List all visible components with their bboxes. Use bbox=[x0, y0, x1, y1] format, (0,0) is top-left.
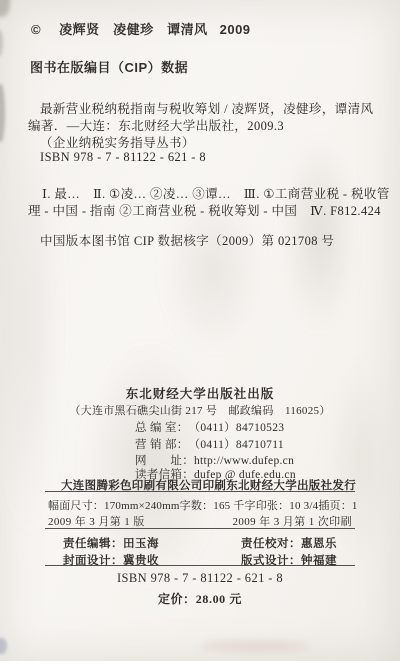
cip-entry-line2: 编著．—大连：东北财经大学出版社，2009.3 bbox=[28, 116, 284, 134]
credits-row-design: 封面设计：冀贵收 版式设计：钟福建 bbox=[45, 552, 355, 568]
scan-smudge-top-left bbox=[0, 0, 10, 17]
horizontal-rule bbox=[45, 491, 355, 492]
credit-label: 责任校对： bbox=[241, 538, 301, 550]
credit-value: 钟福建 bbox=[301, 555, 337, 567]
cip-series-title: （企业纳税实务指导丛书） bbox=[40, 133, 195, 151]
credit-label: 责任编辑： bbox=[63, 538, 123, 550]
layout-designer: 版式设计：钟福建 bbox=[241, 552, 337, 568]
print-dimensions: 幅面尺寸：170mm×240mm bbox=[48, 497, 180, 513]
copyright-symbol: © bbox=[31, 22, 41, 37]
responsible-proofreader: 责任校对：惠恩乐 bbox=[241, 535, 337, 551]
copyright-year: 2009 bbox=[220, 22, 251, 37]
scan-smudge-left-edge bbox=[0, 84, 5, 142]
scan-smudge-left-edge-2 bbox=[0, 30, 3, 56]
contact-phone: （0411）84710711 bbox=[189, 439, 284, 451]
publisher-name: 东北财经大学出版社出版 bbox=[0, 384, 400, 402]
contact-phone: （0411）84710523 bbox=[189, 422, 285, 434]
price-line: 定价：28.00 元 bbox=[0, 590, 400, 607]
edition-row: 2009 年 3 月第 1 版 2009 年 3 月第 1 次印刷 bbox=[45, 513, 355, 529]
credit-label: 封面设计： bbox=[63, 555, 123, 567]
copyright-line: ©凌辉贤 凌健珍 谭清风2009 bbox=[31, 19, 251, 38]
responsible-editor: 责任编辑：田玉海 bbox=[63, 535, 159, 551]
contact-editorial-office: 总 编 室：（0411）84710523 bbox=[135, 419, 284, 435]
cip-entry-line1: 最新营业税纳税指南与税收筹划 / 凌辉贤，凌健珍，谭清风 bbox=[40, 99, 373, 117]
cip-classification-line2: 理 - 中国 - 指南 ②工商营业税 - 税收筹划 - 中国 Ⅳ. F812.4… bbox=[28, 201, 381, 219]
credit-value: 田玉海 bbox=[123, 538, 159, 550]
contact-label: 总 编 室： bbox=[135, 419, 189, 435]
print-inserts: 插页：1 bbox=[318, 497, 357, 513]
publisher-address: （大连市黑石礁尖山街 217 号 邮政编码 116025） bbox=[0, 402, 400, 418]
contact-label: 营 销 部： bbox=[135, 436, 189, 452]
credits-row-editor: 责任编辑：田玉海 责任校对：惠恩乐 bbox=[45, 535, 355, 551]
cip-isbn: ISBN 978 - 7 - 81122 - 621 - 8 bbox=[40, 150, 206, 165]
copyright-page: ©凌辉贤 凌健珍 谭清风2009 图书在版编目（CIP）数据 最新营业税纳税指南… bbox=[0, 0, 400, 661]
credit-value: 冀贵收 bbox=[123, 555, 159, 567]
print-spec-row: 幅面尺寸：170mm×240mm 字数：165 千字 印张：10 3/4 插页：… bbox=[45, 497, 355, 513]
cip-record-number: 中国版本图书馆 CIP 数据核字（2009）第 021708 号 bbox=[40, 231, 334, 249]
print-word-count: 字数：165 千字 bbox=[180, 497, 256, 513]
impression-info: 2009 年 3 月第 1 次印刷 bbox=[232, 513, 352, 529]
copyright-authors: 凌辉贤 凌健珍 谭清风 bbox=[59, 22, 208, 37]
edition-info: 2009 年 3 月第 1 版 bbox=[48, 513, 145, 529]
credit-label: 版式设计： bbox=[241, 555, 301, 567]
contact-marketing-dept: 营 销 部：（0411）84710711 bbox=[135, 436, 284, 452]
scan-smudge-bottom-left bbox=[0, 638, 7, 654]
footer-isbn: ISBN 978 - 7 - 81122 - 621 - 8 bbox=[0, 571, 400, 586]
cover-designer: 封面设计：冀贵收 bbox=[63, 552, 159, 568]
credit-value: 惠恩乐 bbox=[301, 538, 337, 550]
print-sheets: 印张：10 3/4 bbox=[256, 497, 319, 513]
scan-smudge-bottom-right bbox=[200, 640, 310, 652]
cip-classification-line1: Ⅰ. 最… Ⅱ. ①凌… ②凌… ③谭… Ⅲ. ①工商营业税 - 税收管 bbox=[42, 184, 390, 202]
cip-heading: 图书在版编目（CIP）数据 bbox=[30, 57, 188, 76]
